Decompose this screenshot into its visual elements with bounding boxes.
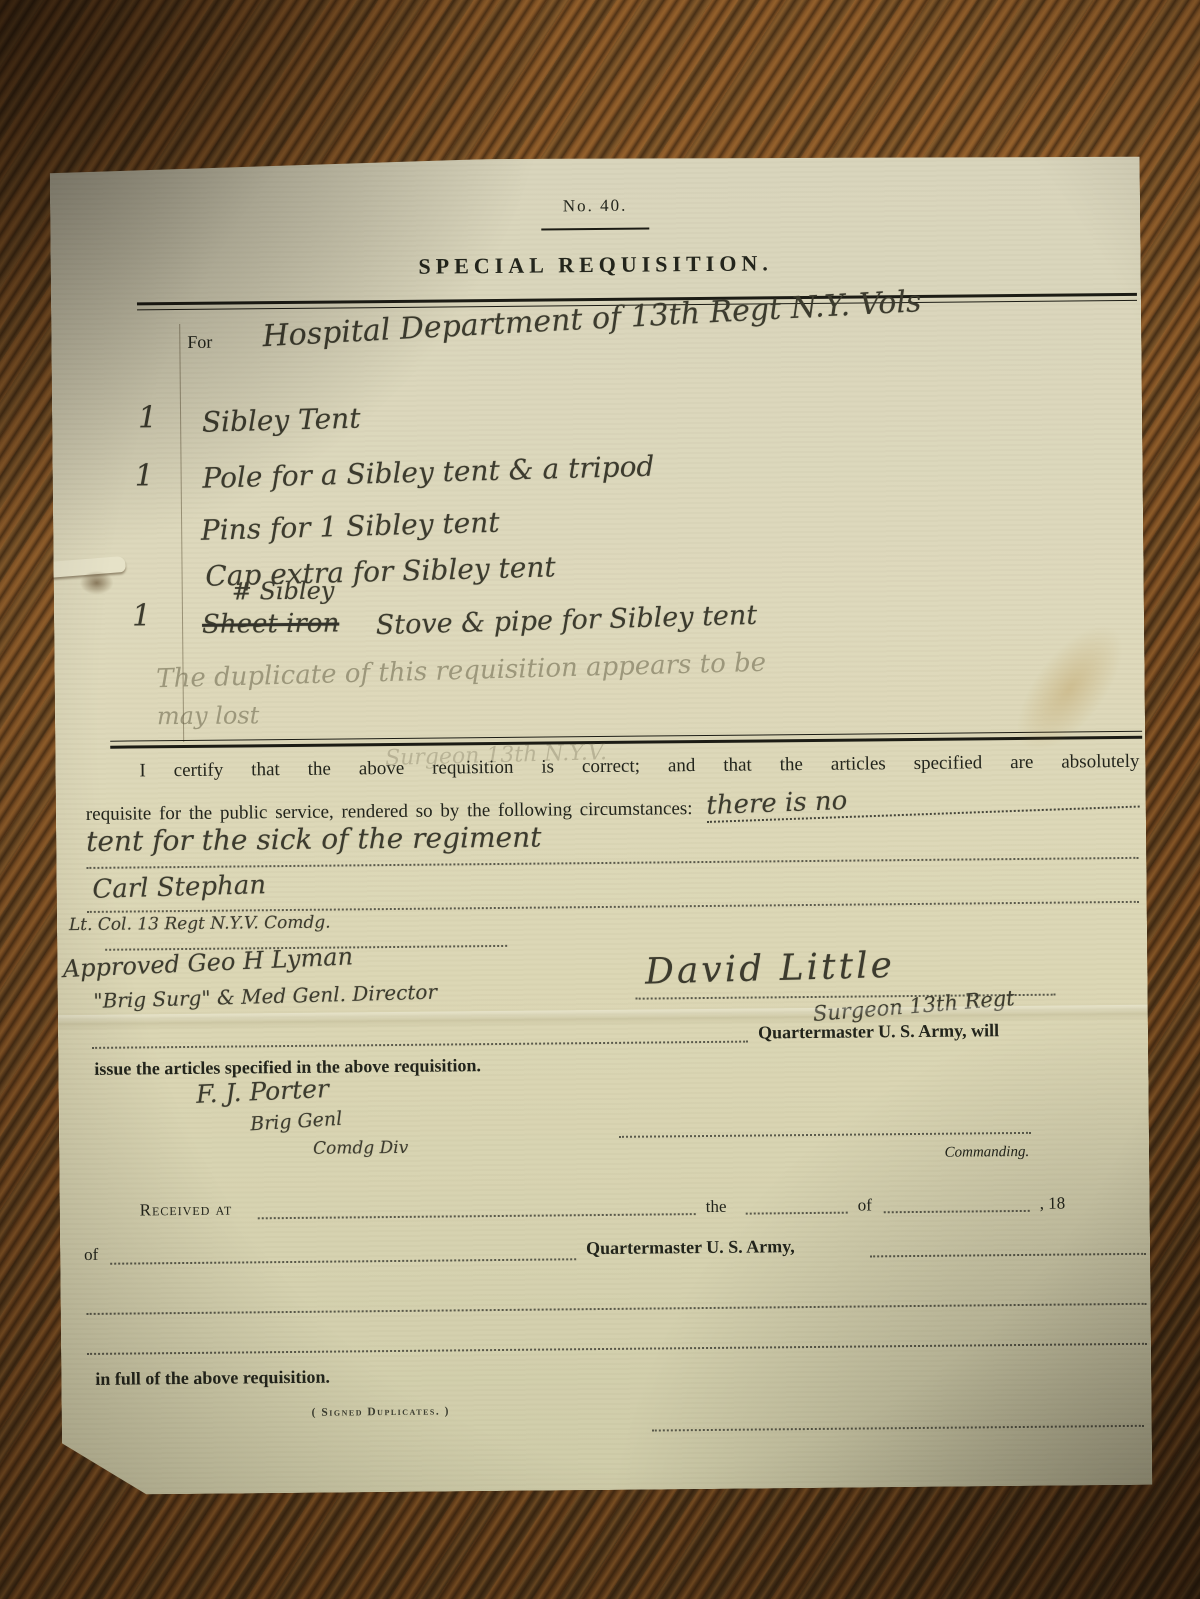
signature-officer-title: Lt. Col. 13 Regt N.Y.V. Comdg. bbox=[69, 913, 331, 936]
circumstances-handwritten-line2: tent for the sick of the regiment bbox=[86, 821, 542, 858]
tan-stain bbox=[996, 608, 1143, 770]
signature-surgeon: David Little bbox=[645, 945, 896, 993]
received-at-label: Received at bbox=[140, 1200, 233, 1221]
item-qty: 1 bbox=[138, 400, 157, 435]
signature-officer: Carl Stephan bbox=[92, 870, 266, 905]
commanding-label: Commanding. bbox=[859, 1144, 1029, 1163]
circumstances-handwritten-start: there is no bbox=[706, 776, 1140, 823]
signature-general-title1: Brig Genl bbox=[250, 1108, 343, 1136]
in-full-text: in full of the above requisition. bbox=[95, 1367, 330, 1390]
of-label2: of bbox=[84, 1245, 98, 1265]
item-inserted-word: # Sibley bbox=[232, 577, 335, 606]
ink-stain bbox=[80, 571, 114, 595]
blank-line bbox=[87, 1303, 1147, 1315]
mid-double-rule bbox=[110, 731, 1142, 749]
item-text: Pins for 1 Sibley tent bbox=[200, 506, 500, 547]
qm-name-line bbox=[110, 1258, 576, 1264]
received-month-line bbox=[884, 1210, 1030, 1213]
document-title: SPECIAL REQUISITION. bbox=[51, 247, 1141, 283]
item-text: Sibley Tent bbox=[201, 402, 361, 439]
received-place-line bbox=[258, 1213, 696, 1219]
commanding-line bbox=[619, 1132, 1031, 1138]
for-label: For bbox=[187, 332, 212, 353]
signed-duplicates-note: ( Signed Duplicates. ) bbox=[312, 1405, 450, 1418]
item-text: Stove & pipe for Sibley tent bbox=[375, 600, 757, 641]
signature-general-title2: Comdg Div bbox=[313, 1138, 408, 1159]
pencil-note-line2: may lost bbox=[157, 701, 260, 730]
form-number-underline bbox=[541, 228, 649, 231]
of-label: of bbox=[858, 1195, 872, 1215]
blank-line bbox=[87, 1343, 1147, 1355]
item-text: Pole for a Sibley tent & a tripod bbox=[202, 450, 655, 495]
item-qty: 1 bbox=[134, 458, 153, 493]
certify-line1: I certify that the above requisition is … bbox=[85, 751, 1139, 783]
received-day-line bbox=[746, 1212, 848, 1215]
for-value-handwritten: Hospital Department of 13th Regt N.Y. Vo… bbox=[262, 284, 923, 354]
year-label: , 18 bbox=[1040, 1194, 1066, 1214]
form-number: No. 40. bbox=[50, 191, 1140, 221]
requisition-document: No. 40. SPECIAL REQUISITION. For Hospita… bbox=[50, 153, 1153, 1495]
quartermaster-label: Quartermaster U. S. Army, bbox=[586, 1236, 795, 1259]
blank-line bbox=[92, 1041, 748, 1049]
blank-line bbox=[86, 857, 1138, 869]
signature-general: F. J. Porter bbox=[195, 1074, 329, 1109]
the-label: the bbox=[706, 1197, 727, 1217]
blank-line bbox=[870, 1253, 1146, 1258]
item-struck-text: Sheet iron bbox=[202, 609, 339, 640]
item-qty: 1 bbox=[132, 598, 151, 633]
pencil-note-line1: The duplicate of this requisition appear… bbox=[156, 648, 767, 694]
blank-line bbox=[87, 901, 1139, 913]
final-signature-line bbox=[652, 1425, 1144, 1432]
approval-title: "Brig Surg" & Med Genl. Director bbox=[93, 980, 437, 1013]
